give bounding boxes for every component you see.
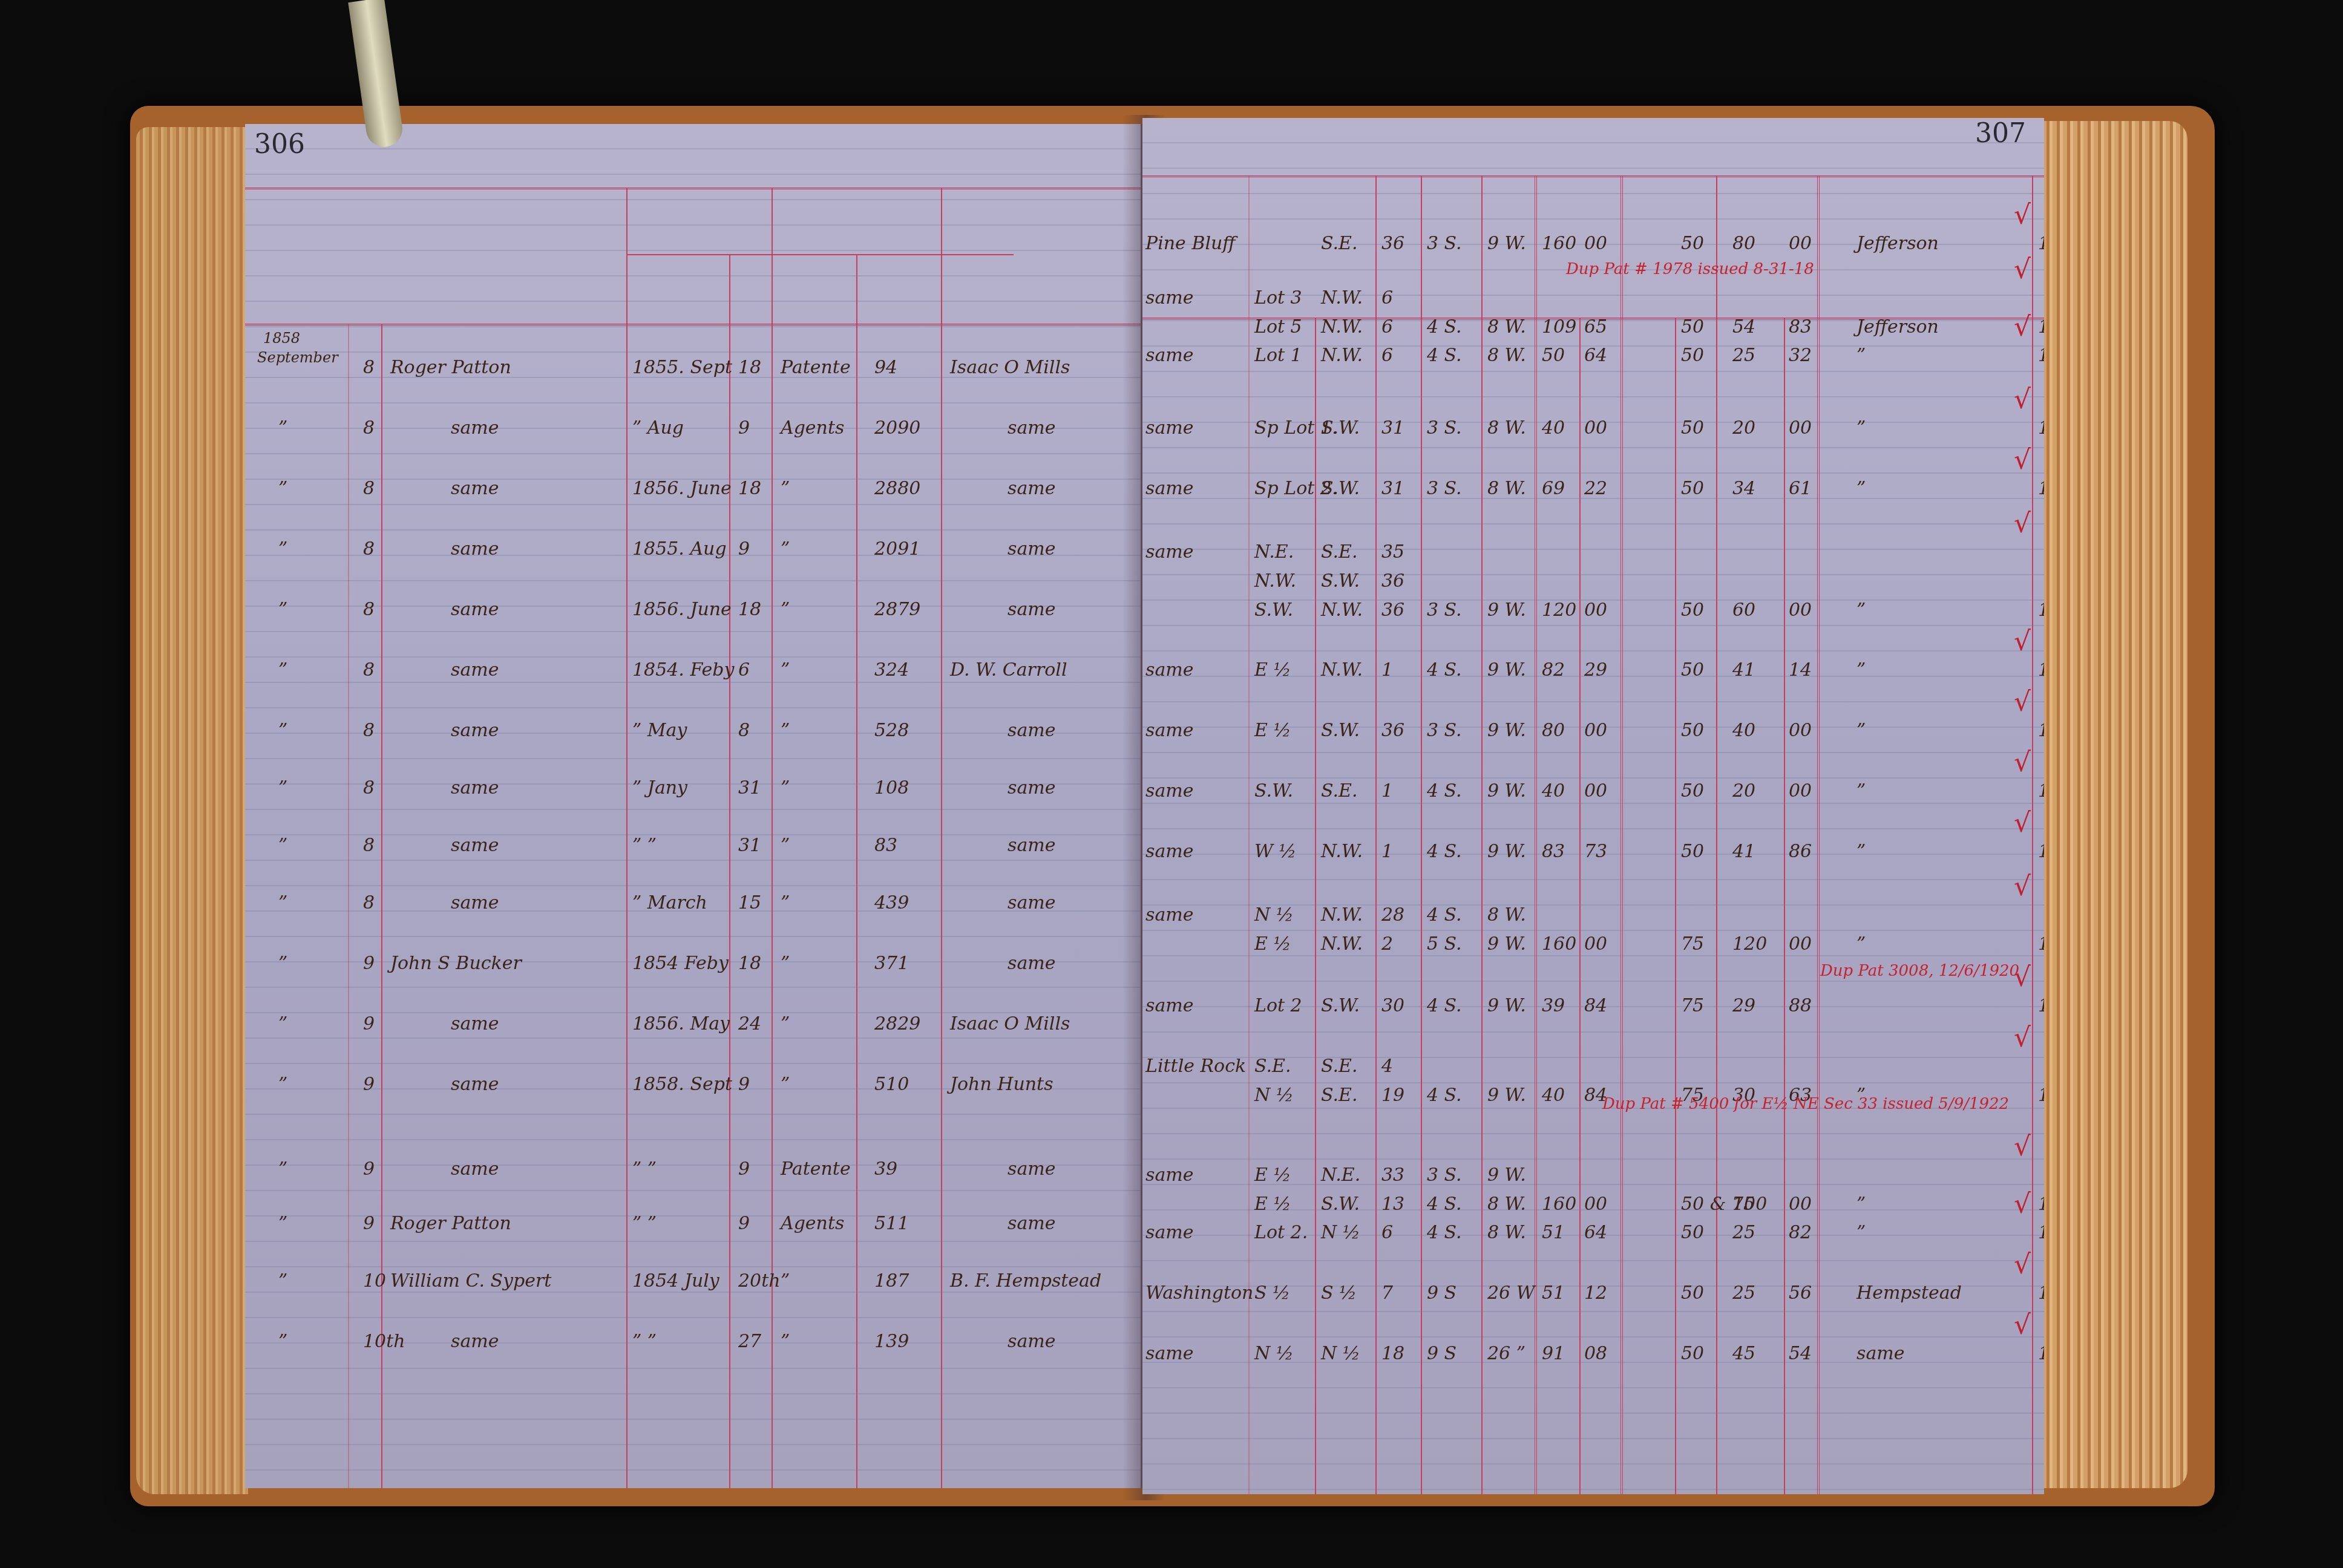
- acres-cell: 83: [1542, 841, 1565, 862]
- cert-day-cell: 9: [738, 538, 750, 560]
- kind-cell: ”: [781, 1331, 790, 1352]
- amount-cell: 25: [1732, 1222, 1755, 1243]
- day-cell: 10th: [363, 1331, 405, 1352]
- cert-no-cell: 108: [874, 777, 909, 799]
- entry-number-cell: 1757: [2038, 933, 2044, 955]
- township-cell: 4 S.: [1427, 904, 1462, 926]
- cert-no-cell: 139: [874, 1331, 909, 1352]
- table-row: ”9same” ”9Patente39same: [245, 1134, 1141, 1189]
- section-cell: 36: [1381, 570, 1404, 592]
- amount-cell: 25: [1732, 1282, 1755, 1304]
- township-cell: 3 S.: [1427, 720, 1462, 741]
- checkmark-icon: √: [2014, 687, 2031, 717]
- land-office-cell: same: [1145, 417, 1193, 439]
- amount-cell: 20: [1732, 417, 1755, 439]
- amount-cell: 29: [1732, 995, 1755, 1016]
- amount-cell: 60: [1732, 599, 1755, 621]
- rate-cell: 75: [1681, 995, 1704, 1016]
- day-cell: 8: [363, 599, 375, 620]
- cert-date-cell: 1854 Feby: [632, 953, 729, 974]
- rate-cell: 50: [1681, 1282, 1704, 1304]
- cert-date-cell: ” Aug: [632, 417, 684, 439]
- month-cell: ”: [278, 777, 287, 799]
- day-cell: 9: [363, 1074, 375, 1095]
- cents-cell: 00: [1789, 599, 1812, 621]
- cert-day-cell: 9: [738, 417, 750, 439]
- township-cell: 3 S.: [1427, 478, 1462, 499]
- kind-cell: ”: [781, 892, 790, 913]
- part-cell: E ½: [1254, 1165, 1291, 1186]
- kind-cell: Patente: [781, 357, 851, 378]
- section-cell: 36: [1381, 720, 1404, 741]
- checkmark-icon: √: [2014, 1189, 2031, 1220]
- day-cell: 9: [363, 1013, 375, 1034]
- range-cell: 26 W: [1487, 1282, 1535, 1304]
- section-cell: 31: [1381, 417, 1404, 439]
- section-cell: 28: [1381, 904, 1404, 926]
- acres-cell: 51: [1542, 1222, 1565, 1243]
- entry-number-cell: 1747: [2038, 233, 2044, 254]
- cert-day-cell: 31: [738, 835, 761, 856]
- part-cell: S ½: [1254, 1282, 1290, 1304]
- cert-day-cell: 18: [738, 599, 761, 620]
- kind-cell: Agents: [781, 1213, 844, 1234]
- table-row: sameN ½N ½189 S26 ”9108504554same1763√: [1142, 1316, 2044, 1370]
- day-cell: 8: [363, 892, 375, 913]
- month-cell: ”: [278, 835, 287, 856]
- day-cell: 8: [363, 538, 375, 560]
- checkmark-icon: √: [2014, 871, 2031, 902]
- cert-date-cell: 1856. June: [632, 478, 732, 499]
- county-cell: ”: [1856, 720, 1866, 741]
- land-office-cell: same: [1145, 345, 1193, 366]
- quarter-cell: N.W.: [1321, 659, 1363, 681]
- rate-cell: 50: [1681, 417, 1704, 439]
- duplicate-patent-annotation: Dup Pat 3008, 12/6/1920: [1820, 962, 2019, 980]
- quarter-cell: S.W.: [1321, 570, 1360, 592]
- amount-cell: 41: [1732, 659, 1755, 681]
- acres-cell: 40: [1542, 417, 1565, 439]
- name-cell: same: [451, 1331, 499, 1352]
- cents-cell: 14: [1789, 659, 1812, 681]
- table-row: ”8same” Jany31”108same: [245, 753, 1141, 808]
- part-cell: Lot 3: [1254, 287, 1302, 309]
- name-cell: Roger Patton: [390, 1213, 511, 1234]
- table-row: sameLot 2S.W.304 S.9 W.39847529881758Dup…: [1142, 968, 2044, 1022]
- amount-cell: 45: [1732, 1343, 1755, 1364]
- township-cell: 3 S.: [1427, 417, 1462, 439]
- acres-cell: 80: [1542, 720, 1565, 741]
- part-cell: W ½: [1254, 841, 1296, 862]
- header-rule: [245, 324, 1141, 325]
- township-cell: 4 S.: [1427, 1222, 1462, 1243]
- rate-cell: 50: [1681, 345, 1704, 366]
- checkmark-icon: √: [2014, 384, 2031, 415]
- entrant-cell: same: [1008, 538, 1055, 560]
- entry-number-cell: 1752: [2038, 599, 2044, 621]
- range-cell: 9 W.: [1487, 599, 1526, 621]
- day-cell: 8: [363, 357, 375, 378]
- kind-cell: ”: [781, 953, 790, 974]
- section-cell: 1: [1381, 659, 1393, 681]
- quarter-cell: S.W.: [1321, 417, 1360, 439]
- cert-day-cell: 15: [738, 892, 761, 913]
- section-cell: 1: [1381, 780, 1393, 802]
- cents-cell: 00: [1789, 780, 1812, 802]
- name-cell: Roger Patton: [390, 357, 511, 378]
- table-row: sameW ½N.W.14 S.9 W.8373504186”1756√: [1142, 814, 2044, 868]
- month-cell: ”: [278, 1013, 287, 1034]
- range-cell: 9 W.: [1487, 841, 1526, 862]
- cert-day-cell: 9: [738, 1158, 750, 1180]
- cents-cell: 32: [1789, 345, 1812, 366]
- entrant-cell: D. W. Carroll: [950, 659, 1067, 681]
- table-row: ”10thsame” ”27”139same: [245, 1307, 1141, 1361]
- cents-cell: 00: [1789, 720, 1812, 741]
- duplicate-patent-annotation: Dup Pat # 1978 issued 8-31-18: [1566, 260, 1814, 278]
- cert-day-cell: 9: [738, 1213, 750, 1234]
- cert-no-cell: 371: [874, 953, 909, 974]
- part-cell: N ½: [1254, 904, 1294, 926]
- table-row: ”8same” ”31”83same: [245, 811, 1141, 865]
- cert-no-cell: 2880: [874, 478, 920, 499]
- part-cell: S.W.: [1254, 780, 1293, 802]
- kind-cell: ”: [781, 1013, 790, 1034]
- month-cell: ”: [278, 478, 287, 499]
- month-cell: ”: [278, 417, 287, 439]
- acres-cell: 40: [1542, 1085, 1565, 1106]
- cert-date-cell: ” ”: [632, 1331, 657, 1352]
- part-cell: S.W.: [1254, 599, 1293, 621]
- range-cell: 8 W.: [1487, 1222, 1526, 1243]
- entry-number-cell: 1759: [2038, 1085, 2044, 1106]
- kind-cell: ”: [781, 659, 790, 681]
- quarter-cell: S.W.: [1321, 995, 1360, 1016]
- section-cell: 18: [1381, 1343, 1404, 1364]
- day-cell: 8: [363, 777, 375, 799]
- cents-cell: 00: [1789, 233, 1812, 254]
- range-cell: 9 W.: [1487, 659, 1526, 681]
- table-row: ”8same1855. Aug9”2091same: [245, 514, 1141, 569]
- cert-date-cell: 1856. June: [632, 599, 732, 620]
- land-office-cell: same: [1145, 1222, 1193, 1243]
- range-cell: 9 W.: [1487, 780, 1526, 802]
- section-cell: 1: [1381, 841, 1393, 862]
- month-cell: ”: [278, 1270, 287, 1292]
- county-cell: ”: [1856, 599, 1866, 621]
- cert-date-cell: ” March: [632, 892, 707, 913]
- section-cell: 2: [1381, 933, 1393, 955]
- name-cell: same: [451, 777, 499, 799]
- entrant-cell: B. F. Hempstead: [950, 1270, 1101, 1292]
- cert-no-cell: 39: [874, 1158, 897, 1180]
- rate-cell: 50: [1681, 1222, 1704, 1243]
- cert-day-cell: 6: [738, 659, 750, 681]
- land-office-cell: Little Rock: [1145, 1056, 1246, 1077]
- cert-date-cell: ” May: [632, 720, 687, 741]
- table-row: sameE ½S.W.363 S.9 W.8000504000”1754√: [1142, 693, 2044, 747]
- cert-no-cell: 2879: [874, 599, 920, 620]
- page-number-left: 306: [254, 129, 305, 160]
- part-cell: E ½: [1254, 933, 1291, 955]
- rate-cell: 50: [1681, 841, 1704, 862]
- land-office-cell: Washington: [1145, 1282, 1253, 1304]
- range-cell: 9 W.: [1487, 233, 1526, 254]
- checkmark-icon: √: [2014, 1310, 2031, 1341]
- township-cell: 9 S: [1427, 1282, 1457, 1304]
- name-cell: same: [451, 478, 499, 499]
- county-cell: ”: [1856, 345, 1866, 366]
- checkmark-icon: √: [2014, 962, 2031, 993]
- section-cell: 31: [1381, 478, 1404, 499]
- entrant-cell: same: [1008, 1158, 1055, 1180]
- checkmark-icon: √: [2014, 445, 2031, 475]
- entrant-cell: same: [1008, 835, 1055, 856]
- table-row: Little RockS.E.S.E.4N ½S.E.194 S.9 W.408…: [1142, 1028, 2044, 1083]
- day-cell: 8: [363, 659, 375, 681]
- acres-hundredths-cell: 84: [1584, 995, 1607, 1016]
- checkmark-icon: √: [2014, 312, 2031, 342]
- amount-cell: 80: [1732, 233, 1755, 254]
- cents-cell: 56: [1789, 1282, 1812, 1304]
- land-office-cell: same: [1145, 287, 1193, 309]
- table-row: Pine BluffS.E.363 S.9 W.16000508000Jeffe…: [1142, 206, 2044, 260]
- county-cell: ”: [1856, 1222, 1866, 1243]
- land-office-cell: same: [1145, 478, 1193, 499]
- county-cell: Jefferson: [1856, 233, 1939, 254]
- rate-cell: 50: [1681, 659, 1704, 681]
- township-cell: 9 S: [1427, 1343, 1457, 1364]
- month-cell: ”: [278, 599, 287, 620]
- right-page: 307 Pine BluffS.E.363 S.9 W.16000508000J…: [1142, 118, 2044, 1494]
- top-rule: [245, 188, 1141, 189]
- month-cell: ”: [278, 1158, 287, 1180]
- acres-hundredths-cell: 64: [1584, 345, 1607, 366]
- month-cell: ”: [278, 1213, 287, 1234]
- name-cell: same: [451, 538, 499, 560]
- section-cell: 6: [1381, 1222, 1393, 1243]
- amount-cell: 40: [1732, 720, 1755, 741]
- amount-cell: 41: [1732, 841, 1755, 862]
- part-cell: N ½: [1254, 1343, 1294, 1364]
- cert-day-cell: 18: [738, 478, 761, 499]
- acres-hundredths-cell: 64: [1584, 1222, 1607, 1243]
- kind-cell: ”: [781, 538, 790, 560]
- cert-date-cell: 1858. Sept: [632, 1074, 732, 1095]
- section-cell: 4: [1381, 1056, 1393, 1077]
- rate-cell: 50: [1681, 599, 1704, 621]
- table-row: sameE ½N.E.333 S.9 W.E ½S.W.134 S.8 W.16…: [1142, 1137, 2044, 1192]
- checkmark-icon: √: [2014, 808, 2031, 838]
- county-cell: Hempstead: [1856, 1282, 1962, 1304]
- checkmark-icon: √: [2014, 254, 2031, 285]
- range-cell: 9 W.: [1487, 995, 1526, 1016]
- quarter-cell: S.W.: [1321, 720, 1360, 741]
- cents-cell: 54: [1789, 1343, 1812, 1364]
- part-cell: Lot 2: [1254, 995, 1302, 1016]
- quarter-cell: S.E.: [1321, 1056, 1357, 1077]
- quarter-cell: N.W.: [1321, 599, 1363, 621]
- entry-number-cell: 1749: [2038, 345, 2044, 366]
- acres-hundredths-cell: 22: [1584, 478, 1607, 499]
- acres-cell: 120: [1542, 599, 1576, 621]
- name-cell: John S Bucker: [390, 953, 522, 974]
- checkmark-icon: √: [2014, 1022, 2031, 1053]
- entrant-cell: Isaac O Mills: [950, 1013, 1070, 1034]
- table-row: ”8same1856. June18”2880same: [245, 454, 1141, 508]
- acres-cell: 160: [1542, 233, 1576, 254]
- land-office-cell: same: [1145, 904, 1193, 926]
- quarter-cell: N ½: [1321, 1343, 1360, 1364]
- name-cell: same: [451, 417, 499, 439]
- county-cell: ”: [1856, 841, 1866, 862]
- cert-no-cell: 2091: [874, 538, 920, 560]
- name-cell: same: [451, 835, 499, 856]
- cert-date-cell: 1854. Feby: [632, 659, 735, 681]
- acres-hundredths-cell: 00: [1584, 933, 1607, 955]
- day-cell: 8: [363, 835, 375, 856]
- entrant-cell: same: [1008, 599, 1055, 620]
- cert-date-cell: ” ”: [632, 835, 657, 856]
- entry-number-cell: 1751: [2038, 478, 2044, 499]
- name-cell: same: [451, 1074, 499, 1095]
- checkmark-icon: √: [2014, 626, 2031, 657]
- quarter-cell: S.W.: [1321, 478, 1360, 499]
- day-cell: 10: [363, 1270, 386, 1292]
- kind-cell: Agents: [781, 417, 844, 439]
- range-cell: 26 ”: [1487, 1343, 1525, 1364]
- right-page-edges: [2042, 121, 2187, 1488]
- name-cell: same: [451, 1158, 499, 1180]
- cert-no-cell: 510: [874, 1074, 909, 1095]
- cert-no-cell: 439: [874, 892, 909, 913]
- township-cell: 4 S.: [1427, 345, 1462, 366]
- checkmark-icon: √: [2014, 200, 2031, 230]
- rate-cell: 75: [1681, 933, 1704, 955]
- entrant-cell: same: [1008, 953, 1055, 974]
- cert-day-cell: 20th: [738, 1270, 781, 1292]
- township-cell: 3 S.: [1427, 599, 1462, 621]
- county-cell: ”: [1856, 933, 1866, 955]
- range-cell: 9 W.: [1487, 720, 1526, 741]
- county-cell: ”: [1856, 478, 1866, 499]
- acres-cell: 39: [1542, 995, 1565, 1016]
- entry-number-cell: 1753: [2038, 659, 2044, 681]
- quarter-cell: S.E.: [1321, 780, 1357, 802]
- range-cell: 8 W.: [1487, 345, 1526, 366]
- entry-number-cell: 1754: [2038, 720, 2044, 741]
- checkmark-icon: √: [2014, 1131, 2031, 1162]
- land-office-cell: same: [1145, 995, 1193, 1016]
- acres-hundredths-cell: 08: [1584, 1343, 1607, 1364]
- cert-no-cell: 511: [874, 1213, 909, 1234]
- left-page-edges: [136, 127, 248, 1494]
- rate-cell: 50: [1681, 780, 1704, 802]
- township-cell: 5 S.: [1427, 933, 1462, 955]
- part-cell: N.E.: [1254, 541, 1294, 563]
- day-cell: 9: [363, 953, 375, 974]
- table-row: sameLot 3N.W.6Lot 5N.W.64 S.8 W.10965505…: [1142, 260, 2044, 315]
- day-cell: 9: [363, 1158, 375, 1180]
- cert-date-cell: 1854 July: [632, 1270, 719, 1292]
- acres-hundredths-cell: 00: [1584, 417, 1607, 439]
- acres-cell: 82: [1542, 659, 1565, 681]
- entrant-cell: same: [1008, 417, 1055, 439]
- table-row: ”9Roger Patton” ”9Agents511same: [245, 1189, 1141, 1243]
- table-row: sameN.E.S.E.35N.W.S.W.36S.W.N.W.363 S.9 …: [1142, 514, 2044, 569]
- table-row: 8Roger Patton1855. Sept18Patente94Isaac …: [245, 333, 1141, 387]
- cert-date-cell: 1856. May: [632, 1013, 730, 1034]
- table-row: sameSp Lot 2.S.W.313 S.8 W.6922503461”17…: [1142, 451, 2044, 505]
- amount-cell: 25: [1732, 345, 1755, 366]
- acres-hundredths-cell: 29: [1584, 659, 1607, 681]
- land-office-cell: same: [1145, 841, 1193, 862]
- entrant-cell: same: [1008, 478, 1055, 499]
- entry-number-cell: 1758: [2038, 995, 2044, 1016]
- cert-no-cell: 187: [874, 1270, 909, 1292]
- rate-cell: 50: [1681, 720, 1704, 741]
- township-cell: 4 S.: [1427, 841, 1462, 862]
- county-cell: ”: [1856, 659, 1866, 681]
- land-office-cell: same: [1145, 780, 1193, 802]
- table-row: ”9same1858. Sept9”510John Hunts: [245, 1050, 1141, 1104]
- day-cell: 9: [363, 1213, 375, 1234]
- month-cell: ”: [278, 659, 287, 681]
- month-cell: ”: [278, 892, 287, 913]
- range-cell: 8 W.: [1487, 478, 1526, 499]
- cents-cell: 86: [1789, 841, 1812, 862]
- kind-cell: ”: [781, 1074, 790, 1095]
- acres-cell: 50: [1542, 345, 1565, 366]
- quarter-cell: N.W.: [1321, 933, 1363, 955]
- county-cell: ”: [1856, 417, 1866, 439]
- kind-cell: ”: [781, 720, 790, 741]
- township-cell: 4 S.: [1427, 1085, 1462, 1106]
- township-cell: 3 S.: [1427, 233, 1462, 254]
- day-cell: 8: [363, 720, 375, 741]
- entry-number-cell: 1763: [2038, 1343, 2044, 1364]
- acres-hundredths-cell: 00: [1584, 599, 1607, 621]
- township-cell: 3 S.: [1427, 1165, 1462, 1186]
- amount-cell: 20: [1732, 780, 1755, 802]
- month-cell: ”: [278, 1331, 287, 1352]
- cert-no-cell: 2090: [874, 417, 920, 439]
- kind-cell: ”: [781, 835, 790, 856]
- part-cell: N.W.: [1254, 570, 1296, 592]
- kind-cell: ”: [781, 478, 790, 499]
- cert-day-cell: 9: [738, 1074, 750, 1095]
- acres-hundredths-cell: 00: [1584, 233, 1607, 254]
- entry-number-cell: 1756: [2038, 841, 2044, 862]
- land-office-cell: same: [1145, 1343, 1193, 1364]
- land-office-cell: Pine Bluff: [1145, 233, 1236, 254]
- cert-no-cell: 83: [874, 835, 897, 856]
- entry-number-cell: 1762: [2038, 1282, 2044, 1304]
- table-row: ”9John S Bucker1854 Feby18”371same: [245, 929, 1141, 983]
- rate-cell: 50: [1681, 233, 1704, 254]
- table-row: sameN ½N.W.284 S.8 W.E ½N.W.25 S.9 W.160…: [1142, 877, 2044, 932]
- quarter-cell: S.E.: [1321, 541, 1357, 563]
- cert-no-cell: 324: [874, 659, 909, 681]
- quarter-cell: N.W.: [1321, 904, 1363, 926]
- part-cell: S.E.: [1254, 1056, 1291, 1077]
- day-cell: 8: [363, 417, 375, 439]
- rate-cell: 50: [1681, 478, 1704, 499]
- cents-cell: 82: [1789, 1222, 1812, 1243]
- acres-hundredths-cell: 73: [1584, 841, 1607, 862]
- name-cell: same: [451, 1013, 499, 1034]
- acres-cell: 51: [1542, 1282, 1565, 1304]
